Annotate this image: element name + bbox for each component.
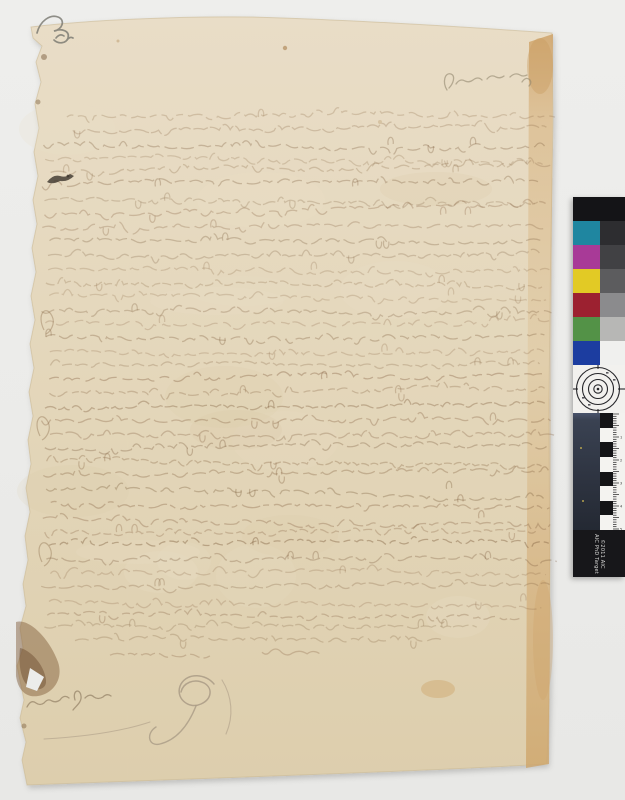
photo: 12345 ©2011 AIC AIC PhD Target [0, 0, 625, 800]
svg-text:4: 4 [620, 504, 623, 508]
ruler-scale: 12345 [613, 413, 625, 530]
patch-row [573, 197, 625, 221]
checker-cell [600, 413, 613, 428]
patch-row [573, 245, 625, 269]
patch-row [573, 269, 625, 293]
target-patch-gray-20 [600, 317, 625, 341]
color-patch-grid [573, 197, 625, 365]
target-patch-gray-100 [600, 197, 625, 221]
calibration-target: 12345 ©2011 AIC AIC PhD Target [573, 197, 625, 577]
manuscript-page [0, 0, 625, 800]
target-label-footer: ©2011 AIC AIC PhD Target [573, 530, 625, 577]
svg-text:2: 2 [620, 458, 622, 462]
checker-cell [600, 486, 613, 501]
checker-cell [600, 472, 613, 487]
svg-text:1: 1 [620, 435, 622, 439]
target-label-line1: AIC PhD Target [593, 532, 599, 576]
patch-row [573, 221, 625, 245]
target-patch-cyan [573, 221, 600, 245]
checker-cell [600, 515, 613, 530]
scale-bar [573, 413, 600, 530]
checker-cell [600, 501, 613, 516]
checker-cell [600, 428, 613, 443]
checker-cell [600, 457, 613, 472]
checker-cell [600, 442, 613, 457]
target-patch-green [573, 317, 600, 341]
target-patch-magenta [573, 245, 600, 269]
registration-circle-target [573, 365, 625, 413]
target-patch-yellow [573, 269, 600, 293]
target-label: ©2011 AIC AIC PhD Target [593, 532, 605, 576]
target-patch-gray-85 [600, 221, 625, 245]
target-patch-gray-70 [600, 245, 625, 269]
target-patch-gray-55 [600, 269, 625, 293]
svg-text:3: 3 [620, 481, 622, 485]
dust-speck [582, 500, 584, 502]
scale-section: 12345 [573, 413, 625, 530]
target-label-line2: ©2011 AIC [599, 532, 605, 576]
target-patch-black [573, 197, 600, 221]
target-patch-white [600, 341, 625, 365]
target-patch-red [573, 293, 600, 317]
target-patch-blue [573, 341, 600, 365]
target-patch-gray-40 [600, 293, 625, 317]
patch-row [573, 341, 625, 365]
patch-row [573, 317, 625, 341]
patch-row [573, 293, 625, 317]
checkerboard-scale [600, 413, 613, 530]
dust-speck [580, 447, 582, 449]
